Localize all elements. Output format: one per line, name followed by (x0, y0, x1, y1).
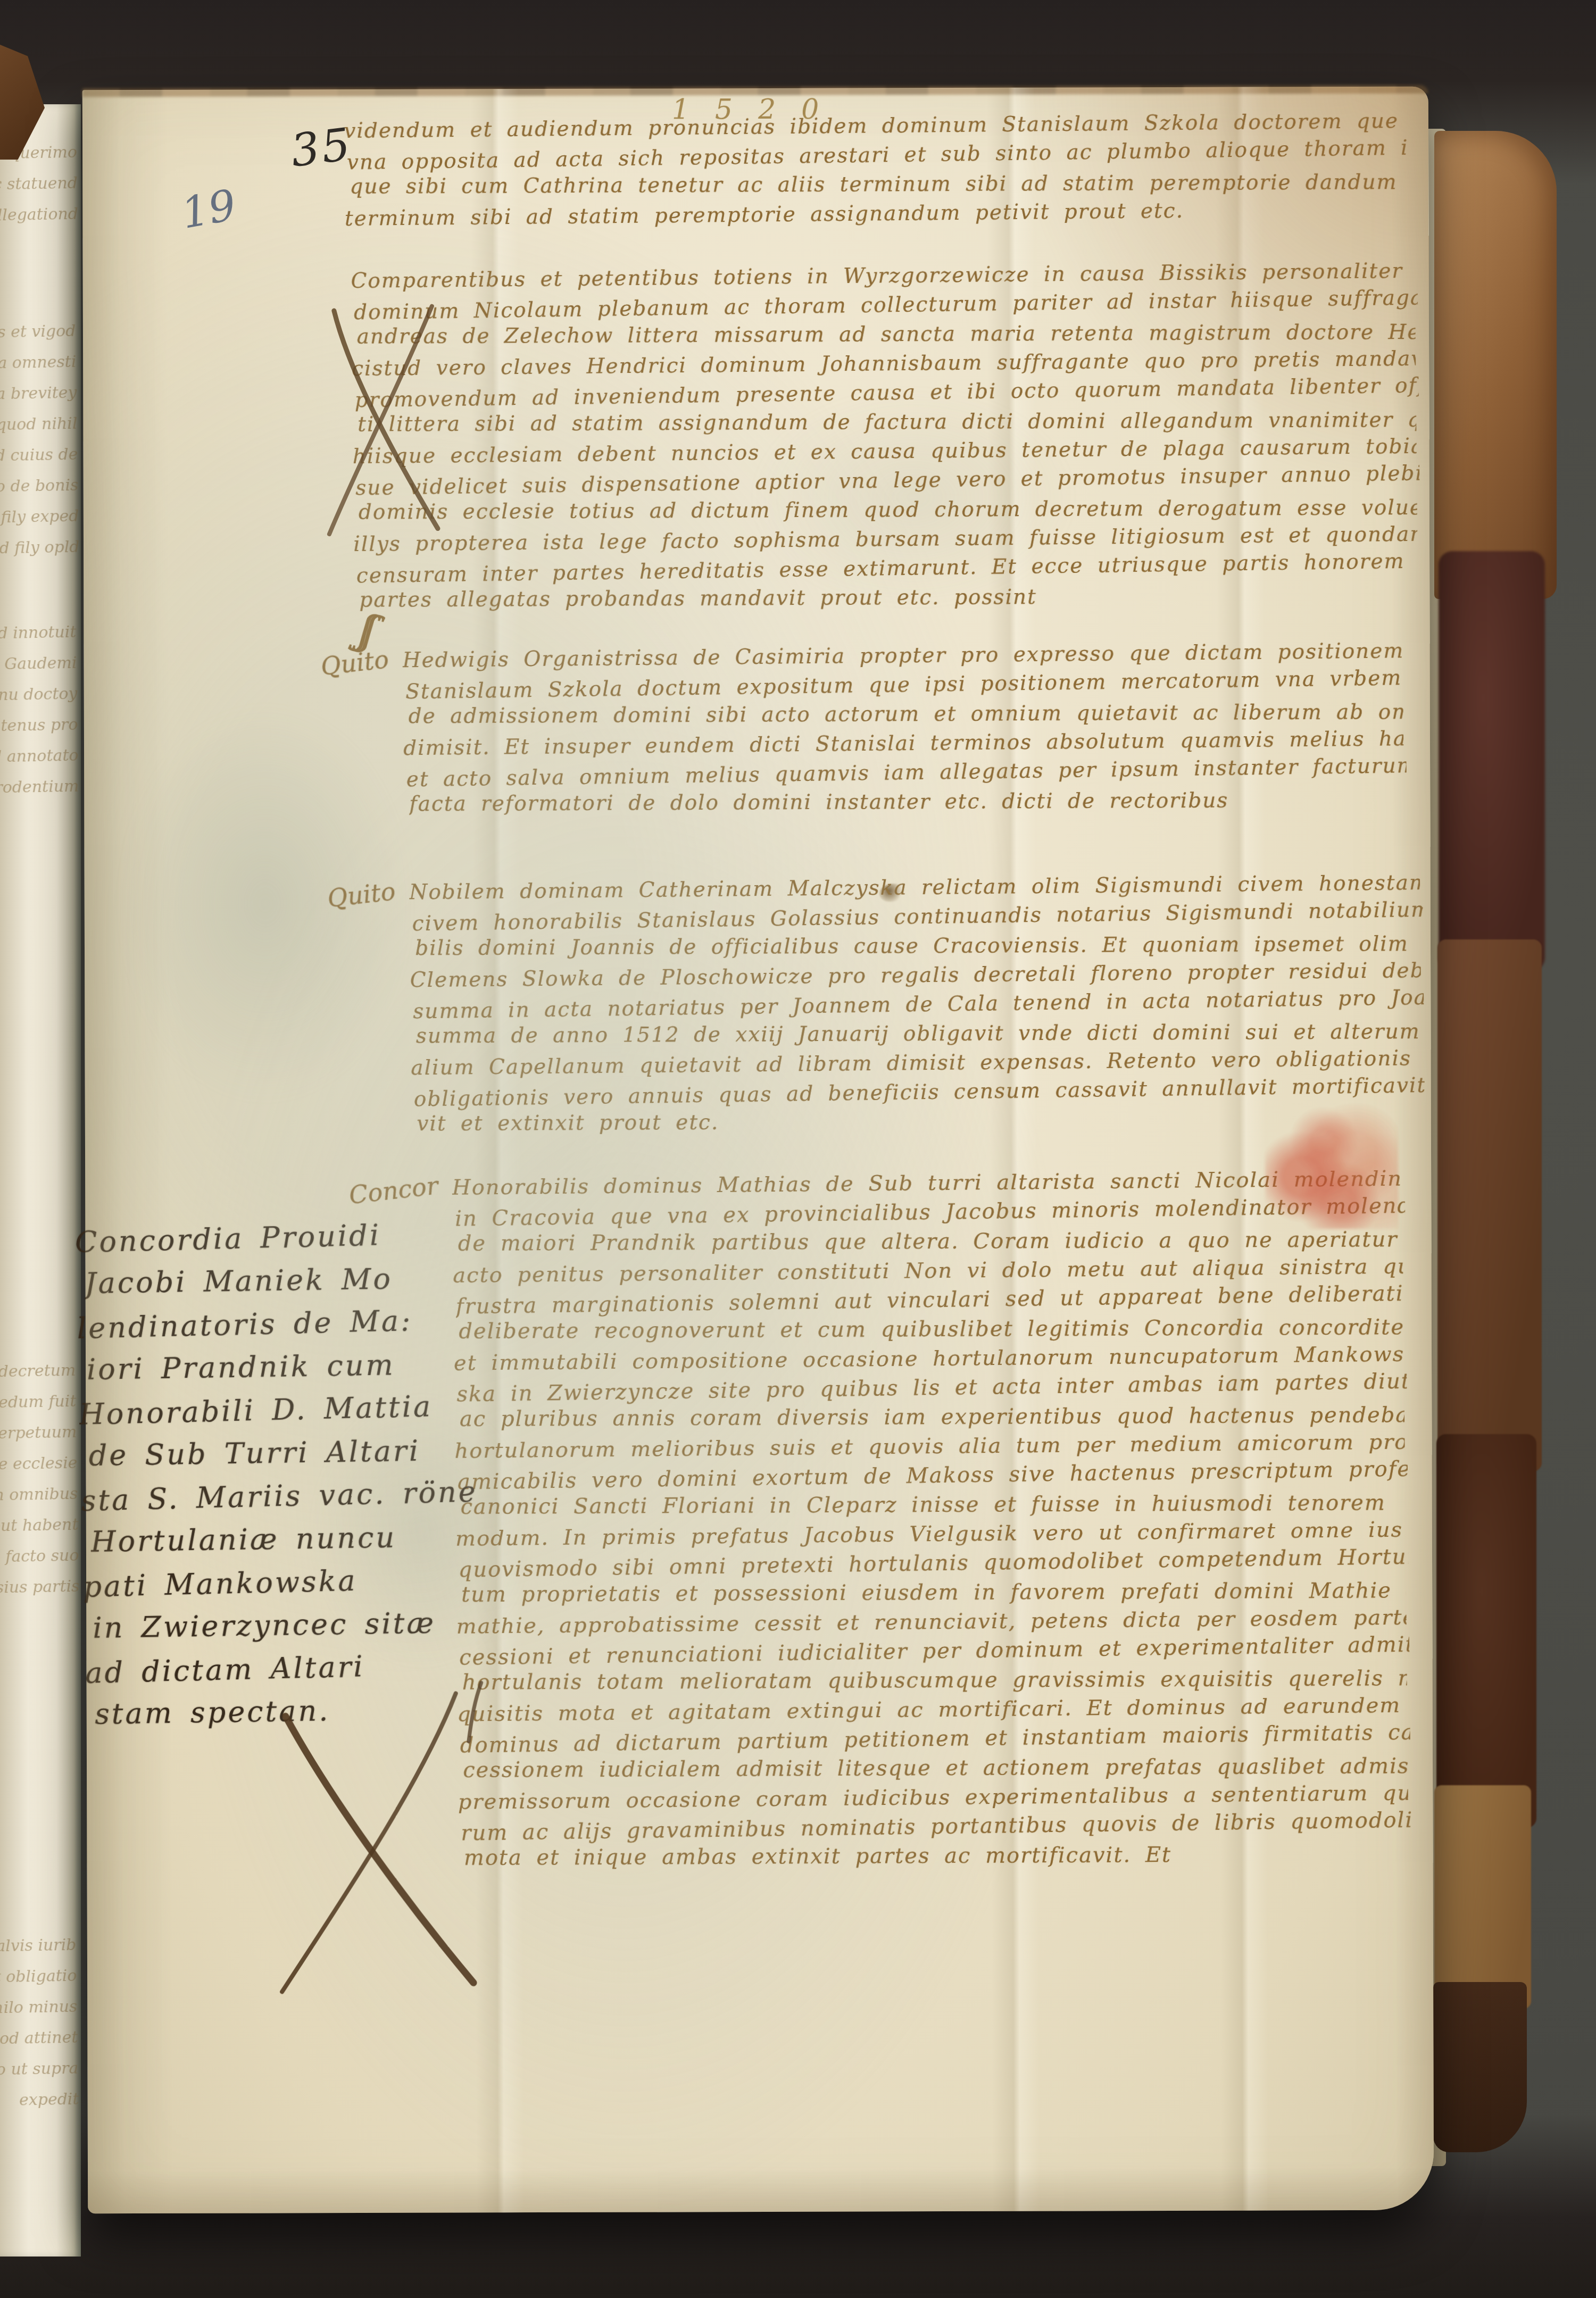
handwritten-line: Concordia Prouidi (74, 1212, 506, 1265)
handwritten-line: ad annotato (0, 741, 79, 773)
handwritten-line: mota et inique ambas extinxit partes ac … (464, 1841, 1409, 1874)
book-spine (1431, 131, 1564, 2158)
handwritten-line: nihilo minus (0, 1992, 78, 2025)
handwritten-line: andreas de Zelechow littera missarum ad … (357, 319, 1416, 353)
paragraph-4: Quito Nobilem dominam Catherinam Malczys… (409, 869, 1423, 1142)
handwritten-line: de admissionem domini sibi acto actorum … (409, 698, 1403, 732)
handwritten-line: tis fily exped (0, 502, 79, 534)
handwritten-line: expedit (0, 2085, 79, 2117)
facing-text-cluster: prod innotuitet Gaudemidenu doctoyquaten… (0, 618, 79, 804)
handwritten-line: ad perpetuum (0, 1418, 77, 1450)
facing-text-cluster: salvis iuribet obligationihilo minusquod… (0, 1930, 79, 2117)
handwritten-line: deliberate recognoverunt et cum quibusli… (459, 1314, 1403, 1347)
facing-page-sliver: hic querimonec statuendia allegationd is… (0, 104, 81, 2257)
handwritten-line: and fily opld (0, 532, 80, 565)
handwritten-line: salvis iurib (0, 1930, 77, 1963)
handwritten-line: sta S. Mariis vac. röne (81, 1471, 513, 1524)
spine-leather-patch (1434, 1785, 1531, 2009)
handwritten-line: Jacobi Maniek Mo (84, 1257, 507, 1306)
handwritten-line: lendinatoris de Ma: (77, 1298, 509, 1352)
handwritten-line: et obligatio (0, 1961, 77, 1994)
paragraph-5: Concor Honorabilis dominus Mathias de Su… (452, 1165, 1409, 1877)
paragraph-1: videndum et audiendum pronuncias ibidem … (344, 107, 1407, 235)
handwritten-line: cessionem iudicialem admisit litesque et… (463, 1753, 1408, 1786)
handwritten-line: tum proprietatis et possessioni eiusdem … (461, 1577, 1406, 1611)
handwritten-line: iori Prandnik cum (86, 1343, 509, 1393)
handwritten-line: ia allegationd (0, 199, 79, 232)
facing-text-cluster: is et vigodipsa omnestidicta breviteyte … (0, 317, 80, 565)
red-seal-trace (1265, 1104, 1399, 1229)
paragraph-marker-concor: Concor (347, 1171, 439, 1210)
cross-out-mark (260, 1678, 485, 1998)
handwritten-line: bilis domini Joannis de officialibus cau… (415, 930, 1420, 964)
handwritten-line: pro ut supra (0, 2054, 79, 2086)
manuscript-scan: hic querimonec statuendia allegationd is… (0, 0, 1596, 2298)
handwritten-line: de Sub Turri Altari (88, 1429, 511, 1479)
facing-text-cluster: et decretumheredum fuitad perpetuumnoie … (0, 1356, 80, 1604)
handwritten-line: de maiori Prandnik partibus que altera. … (458, 1226, 1403, 1260)
handwritten-line: et Gaudemi (0, 648, 77, 681)
handwritten-line: facta reformatori de dolo domini instant… (409, 786, 1404, 820)
handwritten-line: quatenus pro (0, 710, 78, 743)
handwritten-line: prod innotuit (0, 618, 77, 650)
spine-leather-mid (1437, 939, 1542, 1471)
handwritten-line: noie ecclesie (0, 1448, 78, 1481)
handwritten-line: que sibi cum Cathrina tenetur ac aliis t… (350, 169, 1406, 203)
cross-out-mark (316, 301, 460, 540)
paragraph-2: Comparentibus et petentibus totiens in W… (351, 257, 1418, 619)
handwritten-line: rodentium (0, 772, 79, 804)
spine-leather-dark (1436, 1434, 1536, 1828)
handwritten-line: is et vigod (0, 317, 76, 349)
handwritten-line: te quod nihil (0, 409, 78, 442)
handwritten-line: partes allegatas probandas mandavit prou… (359, 582, 1418, 616)
spine-leather-bottom (1433, 1982, 1527, 2152)
paragraph-marker-quito: Quito (326, 877, 397, 913)
handwritten-line: quod attinet (0, 2023, 78, 2055)
handwritten-line: cum omnibus (0, 1479, 78, 1512)
handwritten-line: dominis ecclesie totius ad dictum finem … (359, 494, 1417, 528)
handwritten-line: ind cuius de (0, 440, 78, 472)
handwritten-line: et decretum (0, 1356, 76, 1388)
handwritten-line: vero de bonis (0, 471, 79, 503)
paragraph-3: Quito Hedwigis Organistrissa de Casimiri… (402, 637, 1404, 822)
paragraph-marker-quito: Quito (319, 645, 390, 681)
handwritten-line: prout habent (0, 1510, 79, 1543)
handwritten-line: denu doctoy (0, 679, 78, 712)
handwritten-line: dicta brevitey (0, 378, 77, 411)
handwritten-line: pati Mankowska (83, 1557, 515, 1610)
handwritten-line: summa de anno 1512 de xxiij Januarij obl… (416, 1018, 1422, 1052)
handwritten-line: hortulanis totam melioratam quibuscumque… (462, 1665, 1407, 1698)
handwritten-line: ti littera sibi ad statim assignandum de… (358, 406, 1416, 440)
handwritten-line: ac pluribus annis coram diversis iam exp… (460, 1402, 1404, 1435)
handwritten-line: ipsius partis (0, 1572, 80, 1604)
spine-leather-top (1434, 131, 1557, 599)
handwritten-line: de facto suo (0, 1541, 79, 1573)
handwritten-line: ipsa omnesti (0, 347, 77, 380)
handwritten-line: canonici Sancti Floriani in Cleparz inis… (460, 1489, 1405, 1523)
handwritten-line: heredum fuit (0, 1387, 77, 1419)
folio-number-pencil: 19 (178, 180, 240, 238)
handwritten-line: Honorabili D. Mattia (79, 1385, 511, 1438)
handwritten-line: nec statuend (0, 169, 78, 201)
handwritten-line: in Zwierzyncec sitæ (93, 1602, 516, 1651)
spine-leather-worn (1439, 551, 1545, 971)
manuscript-page: 35 19 1520 videndum et audiendum pronunc… (82, 87, 1434, 2214)
handwritten-line: Hortulaniæ nuncu (90, 1516, 513, 1565)
margin-note: Concordia ProuidiJacobi Maniek Molendina… (74, 1212, 518, 1739)
